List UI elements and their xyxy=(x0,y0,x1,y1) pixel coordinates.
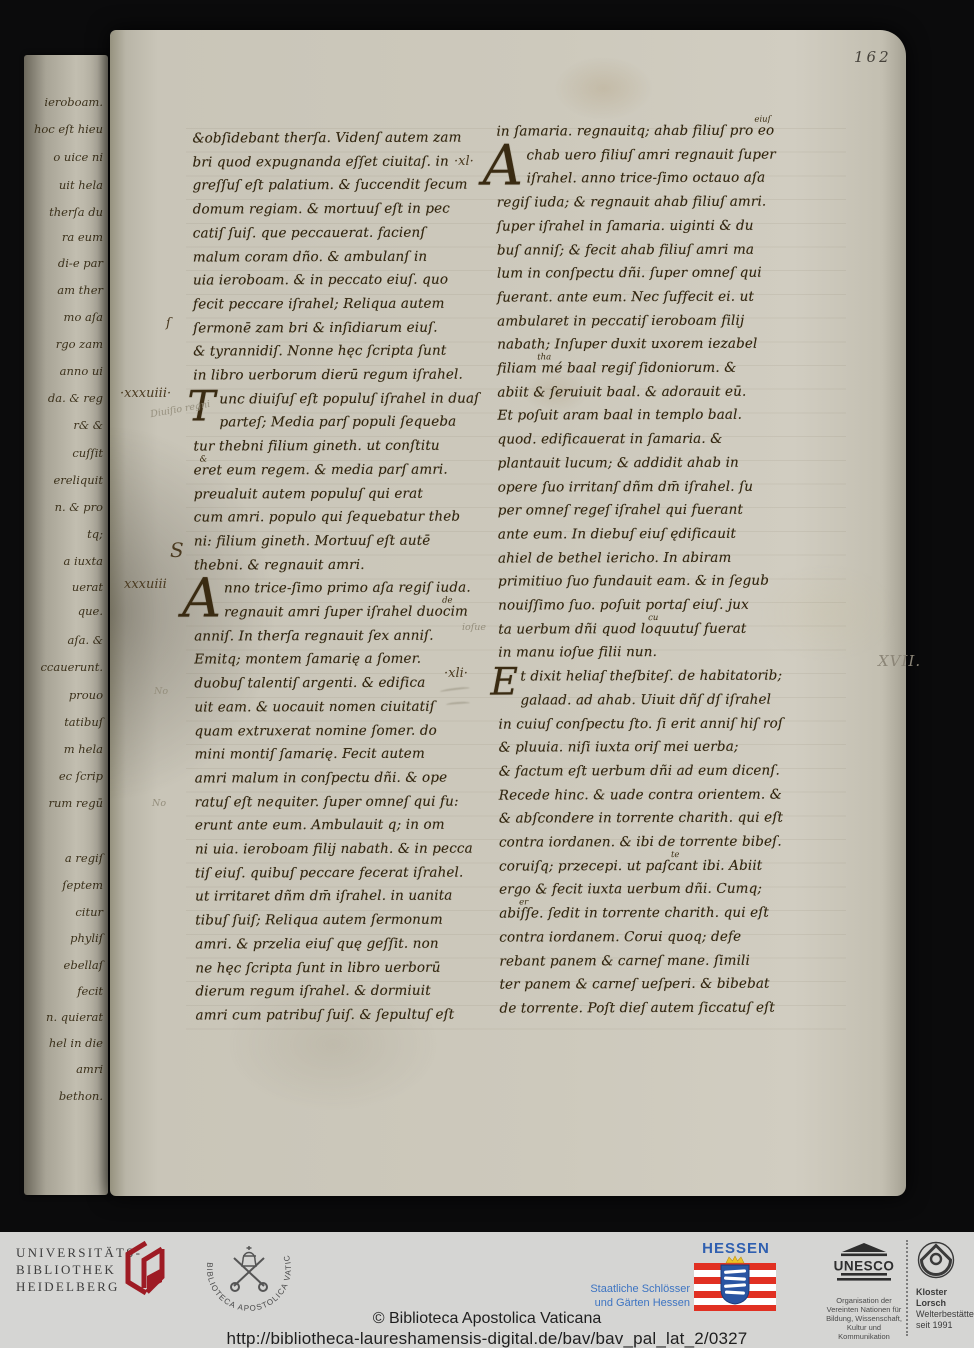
manuscript-line: duobuſ talentiſ argenti. & edifica xyxy=(194,675,425,692)
schloesser-gaerten-text: Staatliche Schlösser und Gärten Hessen xyxy=(540,1282,690,1310)
manuscript-line: fuerant. ante eum. Nec ſuffecit ei. ut xyxy=(497,289,754,306)
manuscript-line: coruiſq; przecepi. ut paſcant ibi. Abiit xyxy=(499,857,762,874)
manuscript-line: in libro uerborum dierū regum iſrahel. xyxy=(193,367,463,384)
stub-text-fragment: hel in die xyxy=(49,1036,103,1050)
stub-text-fragment: amri xyxy=(76,1062,103,1076)
margin-note: No xyxy=(154,686,168,697)
manuscript-line: bri quod expugnanda eſſet ciuitaſ. in xyxy=(193,153,449,170)
unesco-caption-line: Organisation der xyxy=(826,1296,902,1305)
manuscript-line: ni uia. ieroboam filij nabath. & in pecc… xyxy=(195,841,473,858)
ssg-line: und Gärten Hessen xyxy=(540,1296,690,1310)
manuscript-line: & pluuia. niſi iuxta oriſ mei uerba; xyxy=(499,739,739,756)
stub-text-fragment: a regiſ xyxy=(65,851,103,865)
manuscript-line: galaad. ad ahab. Uiuit dñſ dſ iſrahel xyxy=(520,691,771,708)
manuscript-line: t dixit heliaſ theſbiteſ. de habitatorib… xyxy=(520,668,782,685)
stub-text-fragment: m hela xyxy=(64,742,103,756)
vatican-seal-text: BIBLIOTECA APOSTOLICA VATICANA xyxy=(190,1234,293,1313)
manuscript-line: unc diuiſuſ eſt populuſ iſrahel in duaſ xyxy=(219,390,479,407)
stub-text-fragment: therſa du xyxy=(49,205,103,219)
manuscript-line: amri. & przelia eiuſ quę geſſit. non xyxy=(195,935,439,952)
stub-text-fragment: ebellaſ xyxy=(64,958,103,972)
manuscript-line: ante eum. In diebuſ eiuſ ędificauit xyxy=(498,526,736,543)
manuscript-line: &obſidebant therſa. Videnſ autem zam xyxy=(192,130,461,147)
manuscript-line: malum coram dño. & ambulanſ in xyxy=(193,248,427,265)
manuscript-line: chab uero filiuſ amri regnauit ſuper xyxy=(527,146,776,163)
facing-page-stub: ieroboam.hoc eſt hieuo uice niuit helath… xyxy=(24,55,108,1195)
manuscript-line: cum amri. populo qui ſequebatur theb xyxy=(194,509,460,526)
margin-note: ·xxxuiii· xyxy=(120,386,171,401)
manuscript-line: amri cum patribuſ ſuiſ. & ſepultuſ eſt xyxy=(195,1007,454,1024)
manuscript-line: dierum regum iſrahel. & dormiuit xyxy=(195,983,430,1000)
manuscript-line: regiſ iuda; & regnauit ahab filiuſ amri. xyxy=(497,194,767,211)
stub-text-fragment: aſa. & xyxy=(67,633,103,647)
manuscript-line: abiit & ſeruiuit baal. & adorauit eū. xyxy=(497,383,746,400)
stub-text-fragment: rgo zam xyxy=(56,337,103,351)
stub-text-fragment: prouo xyxy=(69,688,103,702)
manuscript-line: tur thebni filium gineth. ut conſtitu xyxy=(193,438,439,455)
manuscript-line: tibuſ ſuiſ; Reliqua autem ſermonum xyxy=(195,912,443,929)
manuscript-line: in cuiuſ conſpectu ſto. ſi erit anniſ hi… xyxy=(498,715,783,732)
drop-cap-initial: A xyxy=(482,141,523,192)
stub-text-fragment: que. xyxy=(78,604,103,618)
lorsch-line: Kloster Lorsch xyxy=(916,1287,972,1309)
manuscript-line: quod. edificauerat in ſamaria. & xyxy=(497,431,722,448)
manuscript-line: rebant panem & carneſ mane. ſimili xyxy=(499,952,750,969)
manuscript-line: Recede hinc. & uade contra orientem. & xyxy=(499,786,782,803)
drop-cap-initial: A xyxy=(182,575,221,624)
manuscript-line: parteſ; Media parſ populi ſequeba xyxy=(219,414,456,431)
manuscript-line: ni: filium gineth. Mortuuſ eſt autē xyxy=(194,533,431,550)
interlinear-gloss: er xyxy=(519,898,528,908)
source-url: http://bibliotheca-laureshamensis-digita… xyxy=(0,1329,974,1348)
manuscript-line: mini montiſ ſamarię. Fecit autem xyxy=(195,746,425,763)
stub-text-fragment: n. quierat xyxy=(46,1010,103,1024)
interlinear-gloss: tha xyxy=(537,352,551,362)
manuscript-line: eret eum regem. & media parſ amri. xyxy=(194,461,448,478)
manuscript-line: amri malum in conſpectu dñi. & ope xyxy=(195,770,448,787)
stub-text-fragment: o uice ni xyxy=(53,150,103,164)
manuscript-line: regnauit amri ſuper iſrahel duocim xyxy=(224,604,468,621)
manuscript-line: opere ſuo irritanſ dñm dm̄ iſrahel. ſu xyxy=(498,478,753,495)
manuscript-line: Emitq; montem ſamarię a ſomer. xyxy=(194,651,421,668)
manuscript-line: abiſſe. ſedit in torrente charith. qui e… xyxy=(499,905,769,922)
manuscript-line: nno trice-ſimo primo aſa regiſ iuda. xyxy=(224,580,471,597)
stub-text-fragment: ra eum xyxy=(62,230,103,244)
manuscript-line: plantauit lucum; & addidit ahab in xyxy=(498,455,739,472)
manuscript-line: primitiuo ſuo fundauit eam. & in ſegub xyxy=(498,573,769,590)
stub-text-fragment: uerat xyxy=(72,580,103,594)
ssg-line: Staatliche Schlösser xyxy=(540,1282,690,1296)
manuscript-line: lum in conſpectu dñi. ſuper omneſ qui xyxy=(497,265,762,282)
manuscript-line: contra iordanem. Corui quoq; defe xyxy=(499,929,741,946)
stub-text-fragment: cuſſit xyxy=(72,446,103,460)
manuscript-line: ſuper iſrahel in ſamaria. uiginti & du xyxy=(497,217,754,234)
manuscript-line: de torrente. Poſt dieſ autem ſiccatuſ eſ… xyxy=(499,1000,774,1017)
stub-text-fragment: da. & reg xyxy=(48,391,103,405)
manuscript-line: ahiel de bethel iericho. In abiram xyxy=(498,549,732,566)
stub-text-fragment: uit hela xyxy=(59,178,103,192)
stub-text-fragment: ec ſcrip xyxy=(59,769,103,783)
margin-note: XVII. xyxy=(878,652,921,670)
text-column-right: in ſamaria. regnauitq; ahab filiuſ pro e… xyxy=(496,122,835,1028)
manuscript-line: contra iordanen. & ibi de torrente bibeſ… xyxy=(499,834,782,851)
stub-text-fragment: a iuxta xyxy=(63,554,103,568)
manuscript-line: greſſuſ eſt palatium. & ſuccendit ſecum xyxy=(193,177,468,194)
manuscript-line: tiſ eiuſ. quibuſ peccare fecerat iſrahel… xyxy=(195,864,463,881)
manuscript-line: catiſ ſuiſ. que peccauerat. facienſ xyxy=(193,225,426,242)
stub-text-fragment: rum regū xyxy=(48,796,103,810)
margin-note: S xyxy=(170,538,184,562)
margin-note: ·xl· xyxy=(454,154,474,169)
manuscript-line: ſermonē zam bri & inſidiarum eiuſ. xyxy=(193,319,438,336)
stub-text-fragment: ccauerunt. xyxy=(40,660,103,674)
manuscript-line: nouiſſimo ſuo. poſuit portaſ eiuſ. jux xyxy=(498,597,749,614)
manuscript-line: buſ anniſ; & fecit ahab filiuſ amri ma xyxy=(497,241,754,258)
margin-note: xxxuiii xyxy=(124,577,167,592)
text-column-left: &obſidebant therſa. Videnſ autem zambri … xyxy=(192,129,495,1035)
manuscript-line: ne hęc ſcripta ſunt in libro uerborū xyxy=(195,959,440,976)
world-heritage-emblem-icon xyxy=(916,1240,956,1280)
stub-text-fragment: phyliſ xyxy=(70,931,103,945)
stub-text-fragment: ieroboam. xyxy=(44,95,103,109)
interlinear-gloss: cu xyxy=(648,613,658,623)
margin-note: ſ xyxy=(166,316,171,331)
manuscript-line: uit eam. & uocauit nomen ciuitatiſ xyxy=(194,698,434,715)
stub-text-fragment: tq; xyxy=(87,527,103,541)
manuscript-line: preualuit autem populuſ qui erat xyxy=(194,485,423,502)
stub-text-fragment: ſeptem xyxy=(62,878,103,892)
margin-note: No xyxy=(152,798,166,809)
stub-text-fragment: ereliquit xyxy=(53,473,103,487)
manuscript-line: fecit peccare iſrahel; Reliqua autem xyxy=(193,296,445,313)
manuscript-line: & abſcondere in torrente charith. qui eſ… xyxy=(499,810,783,827)
manuscript-line: ut irritaret dñm dm̄ iſrahel. in uanita xyxy=(195,888,452,905)
manuscript-line: ambularet in peccatiſ ieroboam filij xyxy=(497,312,744,329)
manuscript-line: erunt ante eum. Ambulauit q; in om xyxy=(195,817,445,834)
stub-text-fragment: fecit xyxy=(77,984,103,998)
stub-text-fragment: mo aſa xyxy=(64,310,103,324)
folio-number: 162 xyxy=(854,48,892,66)
margin-note: ·xli· xyxy=(444,666,468,681)
manuscript-line: quam extruxerat nomine ſomer. do xyxy=(194,722,436,739)
digitized-manuscript-viewer: ieroboam.hoc eſt hieuo uice niuit helath… xyxy=(0,0,974,1348)
interlinear-gloss: de xyxy=(442,596,453,606)
hessen-shield-icon xyxy=(718,1255,752,1318)
interlinear-gloss: eiuſ xyxy=(754,115,770,125)
manuscript-line: ratuſ eſt nequiter. ſuper omneſ qui fu: xyxy=(195,793,459,810)
manuscript-line: filiam mé baal regiſ ſidoniorum. & xyxy=(497,360,736,377)
unesco-temple-icon: UNESCO xyxy=(834,1242,894,1288)
manuscript-line: & factum eſt uerbum dñi ad eum dicenſ. xyxy=(499,762,780,779)
manuscript-line: domum regiam. & mortuuſ eſt in pec xyxy=(193,201,450,218)
stub-text-fragment: bethon. xyxy=(59,1089,103,1103)
margin-note: ioſue xyxy=(462,622,486,633)
manuscript-line: anniſ. In therſa regnauit ſex anniſ. xyxy=(194,627,434,644)
manuscript-line: ta uerbum dñi quod loquutuſ fuerat xyxy=(498,620,746,637)
manuscript-page: 162 &obſidebant therſa. Videnſ autem zam… xyxy=(110,30,906,1196)
manuscript-line: ergo & fecit iuxta uerbum dñi. Cumq; xyxy=(499,881,762,898)
manuscript-line: iſrahel. anno trice-ſimo octauo aſa xyxy=(527,170,766,187)
manuscript-line: & tyrannidiſ. Nonne hęc ſcripta ſunt xyxy=(193,343,446,360)
interlinear-gloss: te xyxy=(671,850,679,860)
stub-text-fragment: hoc eſt hieu xyxy=(34,122,103,136)
drop-cap-initial: E xyxy=(490,665,518,699)
interlinear-gloss: & xyxy=(200,454,208,464)
manuscript-line: Et poſuit aram baal in templo baal. xyxy=(497,407,742,424)
footer-band: UNIVERSITÄTS- BIBLIOTHEK HEIDELBERG BIBL… xyxy=(0,1232,974,1348)
stub-text-fragment: anno ui xyxy=(60,364,103,378)
hessen-logo: HESSEN xyxy=(694,1240,778,1311)
stub-text-fragment: am ther xyxy=(57,283,103,297)
svg-text:BIBLIOTECA APOSTOLICA VATICANA: BIBLIOTECA APOSTOLICA VATICANA xyxy=(190,1234,293,1313)
stub-text-fragment: citur xyxy=(75,905,103,919)
manuscript-line: in manu ioſue filii nun. xyxy=(498,644,657,661)
stub-text-fragment: r& & xyxy=(73,418,103,432)
manuscript-line: nabath; Inſuper duxit uxorem iezabel xyxy=(497,336,757,353)
hessen-flag-icon xyxy=(694,1263,776,1311)
manuscript-line: ter panem & carneſ ueſperi. & bibebat xyxy=(499,976,769,993)
heidelberg-books-icon xyxy=(120,1238,172,1305)
unesco-letters: UNESCO xyxy=(834,1259,894,1274)
copyright-line: © Biblioteca Apostolica Vaticana xyxy=(0,1310,974,1328)
manuscript-line: per omneſ regeſ iſrahel qui fuerant xyxy=(498,502,743,519)
stub-text-fragment: di-e par xyxy=(58,256,103,270)
manuscript-line: uia ieroboam. & in peccato eiuſ. quo xyxy=(193,272,448,289)
stub-text-fragment: tatibuſ xyxy=(64,715,103,729)
stub-text-fragment: n. & pro xyxy=(55,500,103,514)
manuscript-line: in ſamaria. regnauitq; ahab filiuſ pro e… xyxy=(496,123,774,140)
